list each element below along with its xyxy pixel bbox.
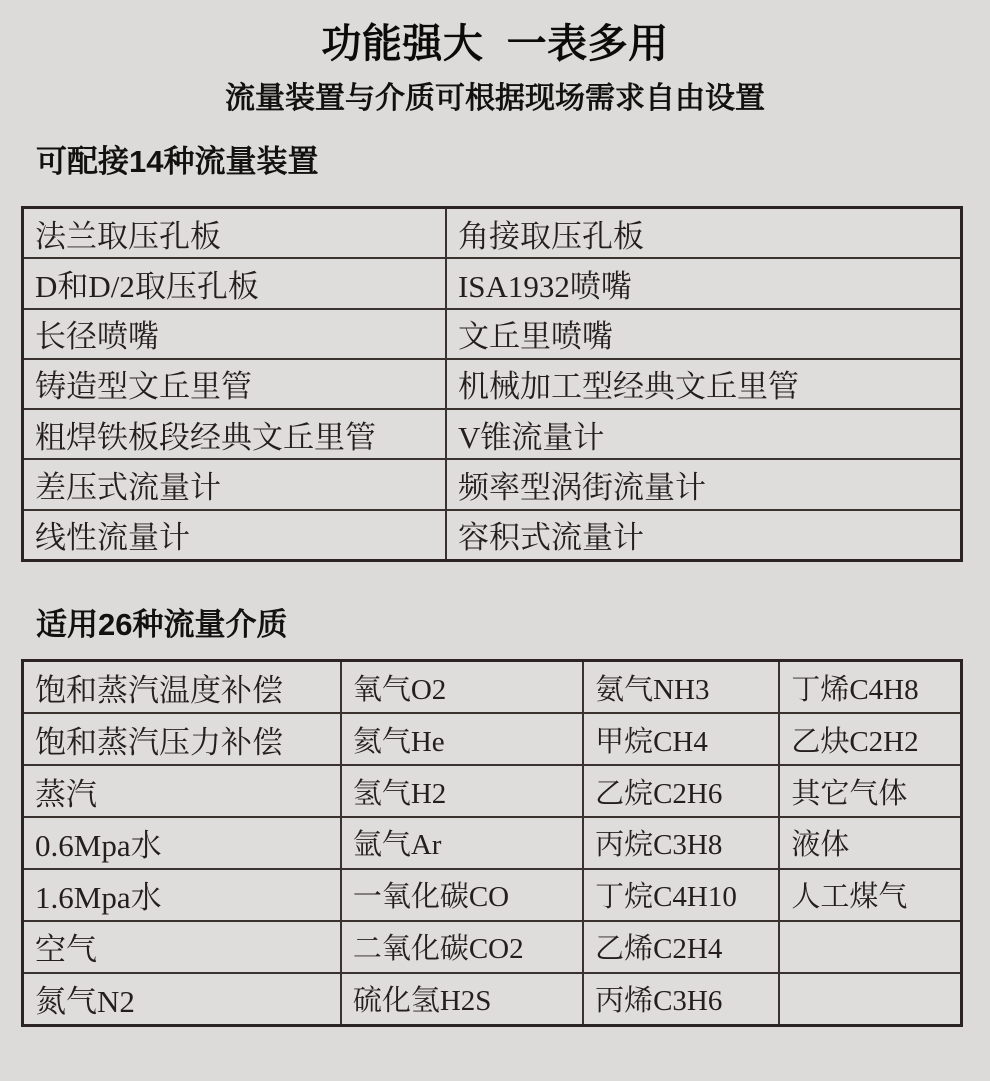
- table-cell: [779, 973, 961, 1026]
- table-cell: 丙烯C3H6: [583, 973, 779, 1026]
- table-cell: 液体: [779, 817, 961, 869]
- table-cell: 二氧化碳CO2: [341, 921, 583, 973]
- table-cell: 差压式流量计: [23, 459, 446, 509]
- table-row: 蒸汽氢气H2乙烷C2H6其它气体: [23, 765, 962, 817]
- table-cell: 氩气Ar: [341, 817, 583, 869]
- table-cell: 乙炔C2H2: [779, 713, 961, 765]
- table-row: 差压式流量计频率型涡街流量计: [23, 459, 962, 509]
- page: 功能强大 一表多用 流量装置与介质可根据现场需求自由设置 可配接14种流量装置 …: [0, 0, 990, 1081]
- table-cell: 氦气He: [341, 713, 583, 765]
- table-cell: 法兰取压孔板: [23, 208, 446, 259]
- table-cell: 文丘里喷嘴: [446, 309, 962, 359]
- table-cell: 乙烷C2H6: [583, 765, 779, 817]
- media-table: 饱和蒸汽温度补偿氧气O2氨气NH3丁烯C4H8饱和蒸汽压力补偿氦气He甲烷CH4…: [21, 659, 963, 1027]
- table-row: 0.6Mpa水氩气Ar丙烷C3H8液体: [23, 817, 962, 869]
- table-cell: 乙烯C2H4: [583, 921, 779, 973]
- table-cell: 频率型涡街流量计: [446, 459, 962, 509]
- table-row: 铸造型文丘里管机械加工型经典文丘里管: [23, 359, 962, 409]
- table-cell: 容积式流量计: [446, 510, 962, 561]
- table-cell: 1.6Mpa水: [23, 869, 341, 921]
- table-cell: 丁烯C4H8: [779, 661, 961, 714]
- table-row: 长径喷嘴文丘里喷嘴: [23, 309, 962, 359]
- table-row: 空气二氧化碳CO2乙烯C2H4: [23, 921, 962, 973]
- table-cell: V锥流量计: [446, 409, 962, 459]
- devices-section-heading: 可配接14种流量装置: [36, 146, 990, 177]
- table-cell: 饱和蒸汽压力补偿: [23, 713, 341, 765]
- table-cell: 空气: [23, 921, 341, 973]
- table-cell: 一氧化碳CO: [341, 869, 583, 921]
- page-title: 功能强大 一表多用: [0, 24, 990, 64]
- media-section-heading: 适用26种流量介质: [36, 609, 990, 640]
- table-row: D和D/2取压孔板ISA1932喷嘴: [23, 258, 962, 308]
- table-cell: 氧气O2: [341, 661, 583, 714]
- table-row: 氮气N2硫化氢H2S丙烯C3H6: [23, 973, 962, 1026]
- table-cell: 粗焊铁板段经典文丘里管: [23, 409, 446, 459]
- table-row: 饱和蒸汽温度补偿氧气O2氨气NH3丁烯C4H8: [23, 661, 962, 714]
- table-cell: D和D/2取压孔板: [23, 258, 446, 308]
- table-cell: 其它气体: [779, 765, 961, 817]
- table-row: 法兰取压孔板角接取压孔板: [23, 208, 962, 259]
- page-subtitle: 流量装置与介质可根据现场需求自由设置: [0, 84, 990, 114]
- table-cell: 人工煤气: [779, 869, 961, 921]
- media-table-body: 饱和蒸汽温度补偿氧气O2氨气NH3丁烯C4H8饱和蒸汽压力补偿氦气He甲烷CH4…: [23, 661, 962, 1026]
- table-row: 饱和蒸汽压力补偿氦气He甲烷CH4乙炔C2H2: [23, 713, 962, 765]
- table-cell: 氨气NH3: [583, 661, 779, 714]
- table-cell: 线性流量计: [23, 510, 446, 561]
- table-row: 1.6Mpa水一氧化碳CO丁烷C4H10人工煤气: [23, 869, 962, 921]
- table-cell: 丙烷C3H8: [583, 817, 779, 869]
- table-cell: 蒸汽: [23, 765, 341, 817]
- table-cell: 机械加工型经典文丘里管: [446, 359, 962, 409]
- devices-table-body: 法兰取压孔板角接取压孔板D和D/2取压孔板ISA1932喷嘴长径喷嘴文丘里喷嘴铸…: [23, 208, 962, 561]
- table-cell: 铸造型文丘里管: [23, 359, 446, 409]
- devices-table: 法兰取压孔板角接取压孔板D和D/2取压孔板ISA1932喷嘴长径喷嘴文丘里喷嘴铸…: [21, 206, 963, 562]
- table-cell: 饱和蒸汽温度补偿: [23, 661, 341, 714]
- table-cell: ISA1932喷嘴: [446, 258, 962, 308]
- table-cell: 长径喷嘴: [23, 309, 446, 359]
- table-cell: 丁烷C4H10: [583, 869, 779, 921]
- table-row: 线性流量计容积式流量计: [23, 510, 962, 561]
- table-cell: [779, 921, 961, 973]
- table-cell: 角接取压孔板: [446, 208, 962, 259]
- table-row: 粗焊铁板段经典文丘里管V锥流量计: [23, 409, 962, 459]
- table-cell: 0.6Mpa水: [23, 817, 341, 869]
- table-cell: 氢气H2: [341, 765, 583, 817]
- table-cell: 硫化氢H2S: [341, 973, 583, 1026]
- media-section: 适用26种流量介质 饱和蒸汽温度补偿氧气O2氨气NH3丁烯C4H8饱和蒸汽压力补…: [0, 609, 990, 1027]
- table-cell: 甲烷CH4: [583, 713, 779, 765]
- table-cell: 氮气N2: [23, 973, 341, 1026]
- devices-section: 可配接14种流量装置 法兰取压孔板角接取压孔板D和D/2取压孔板ISA1932喷…: [0, 146, 990, 562]
